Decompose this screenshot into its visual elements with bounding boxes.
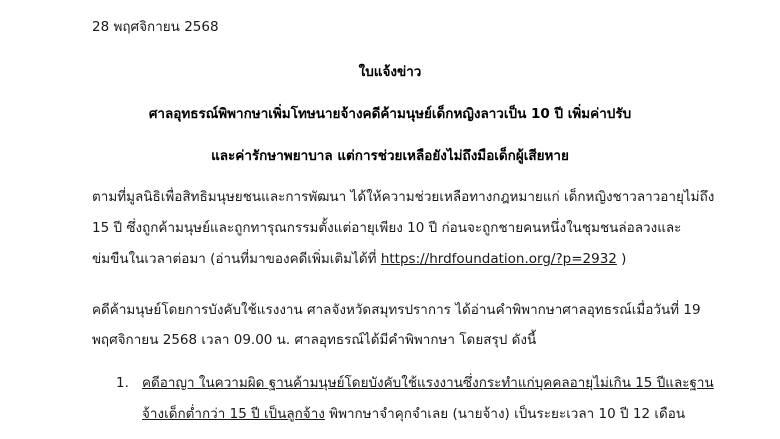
list-item-line-2-underlined: จ้างเด็กต่ำกว่า 15 ปี เป็นลูกจ้าง <box>142 406 325 422</box>
title-line-1: ศาลอุทธรณ์พิพากษาเพิ่มโทษนายจ้างคดีค้ามน… <box>0 104 780 124</box>
paragraph-1-line-1: ตามที่มูลนิธิเพื่อสิทธิมนุษยชนและการพัฒน… <box>92 187 714 207</box>
title-line-2: และค่ารักษาพยาบาล แต่การช่วยเหลือยังไม่ถ… <box>0 146 780 166</box>
source-link[interactable]: https://hrdfoundation.org/?p=2932 <box>381 251 617 267</box>
paragraph-1-line-3: ข่มขืนในเวลาต่อมา (อ่านที่มาของคดีเพิ่มเ… <box>92 249 626 269</box>
document-heading: ใบแจ้งข่าว <box>0 62 780 82</box>
paragraph-1-line-3-suffix: ) <box>617 251 627 267</box>
list-item-line-2-rest: พิพากษาจำคุกจำเลย (นายจ้าง) เป็นระยะเวลา… <box>325 406 685 422</box>
paragraph-2-line-1: คดีค้ามนุษย์โดยการบังคับใช้แรงงาน ศาลจัง… <box>92 300 701 320</box>
paragraph-1-line-2: 15 ปี ซึ่งถูกค้ามนุษย์และถูกทารุณกรรมตั้… <box>92 218 681 238</box>
document-page: 28 พฤศจิกายน 2568 ใบแจ้งข่าว ศาลอุทธรณ์พ… <box>0 0 780 439</box>
list-item-line-2: จ้างเด็กต่ำกว่า 15 ปี เป็นลูกจ้าง พิพากษ… <box>142 404 685 424</box>
paragraph-1-line-3-prefix: ข่มขืนในเวลาต่อมา (อ่านที่มาของคดีเพิ่มเ… <box>92 251 381 267</box>
list-item-line-1: คดีอาญา ในความผิด ฐานค้ามนุษย์โดยบังคับใ… <box>142 373 714 393</box>
document-date: 28 พฤศจิกายน 2568 <box>92 17 219 37</box>
paragraph-2-line-2: พฤศจิกายน 2568 เวลา 09.00 น. ศาลอุทธรณ์ไ… <box>92 330 536 350</box>
list-item-number: 1. <box>116 373 129 393</box>
